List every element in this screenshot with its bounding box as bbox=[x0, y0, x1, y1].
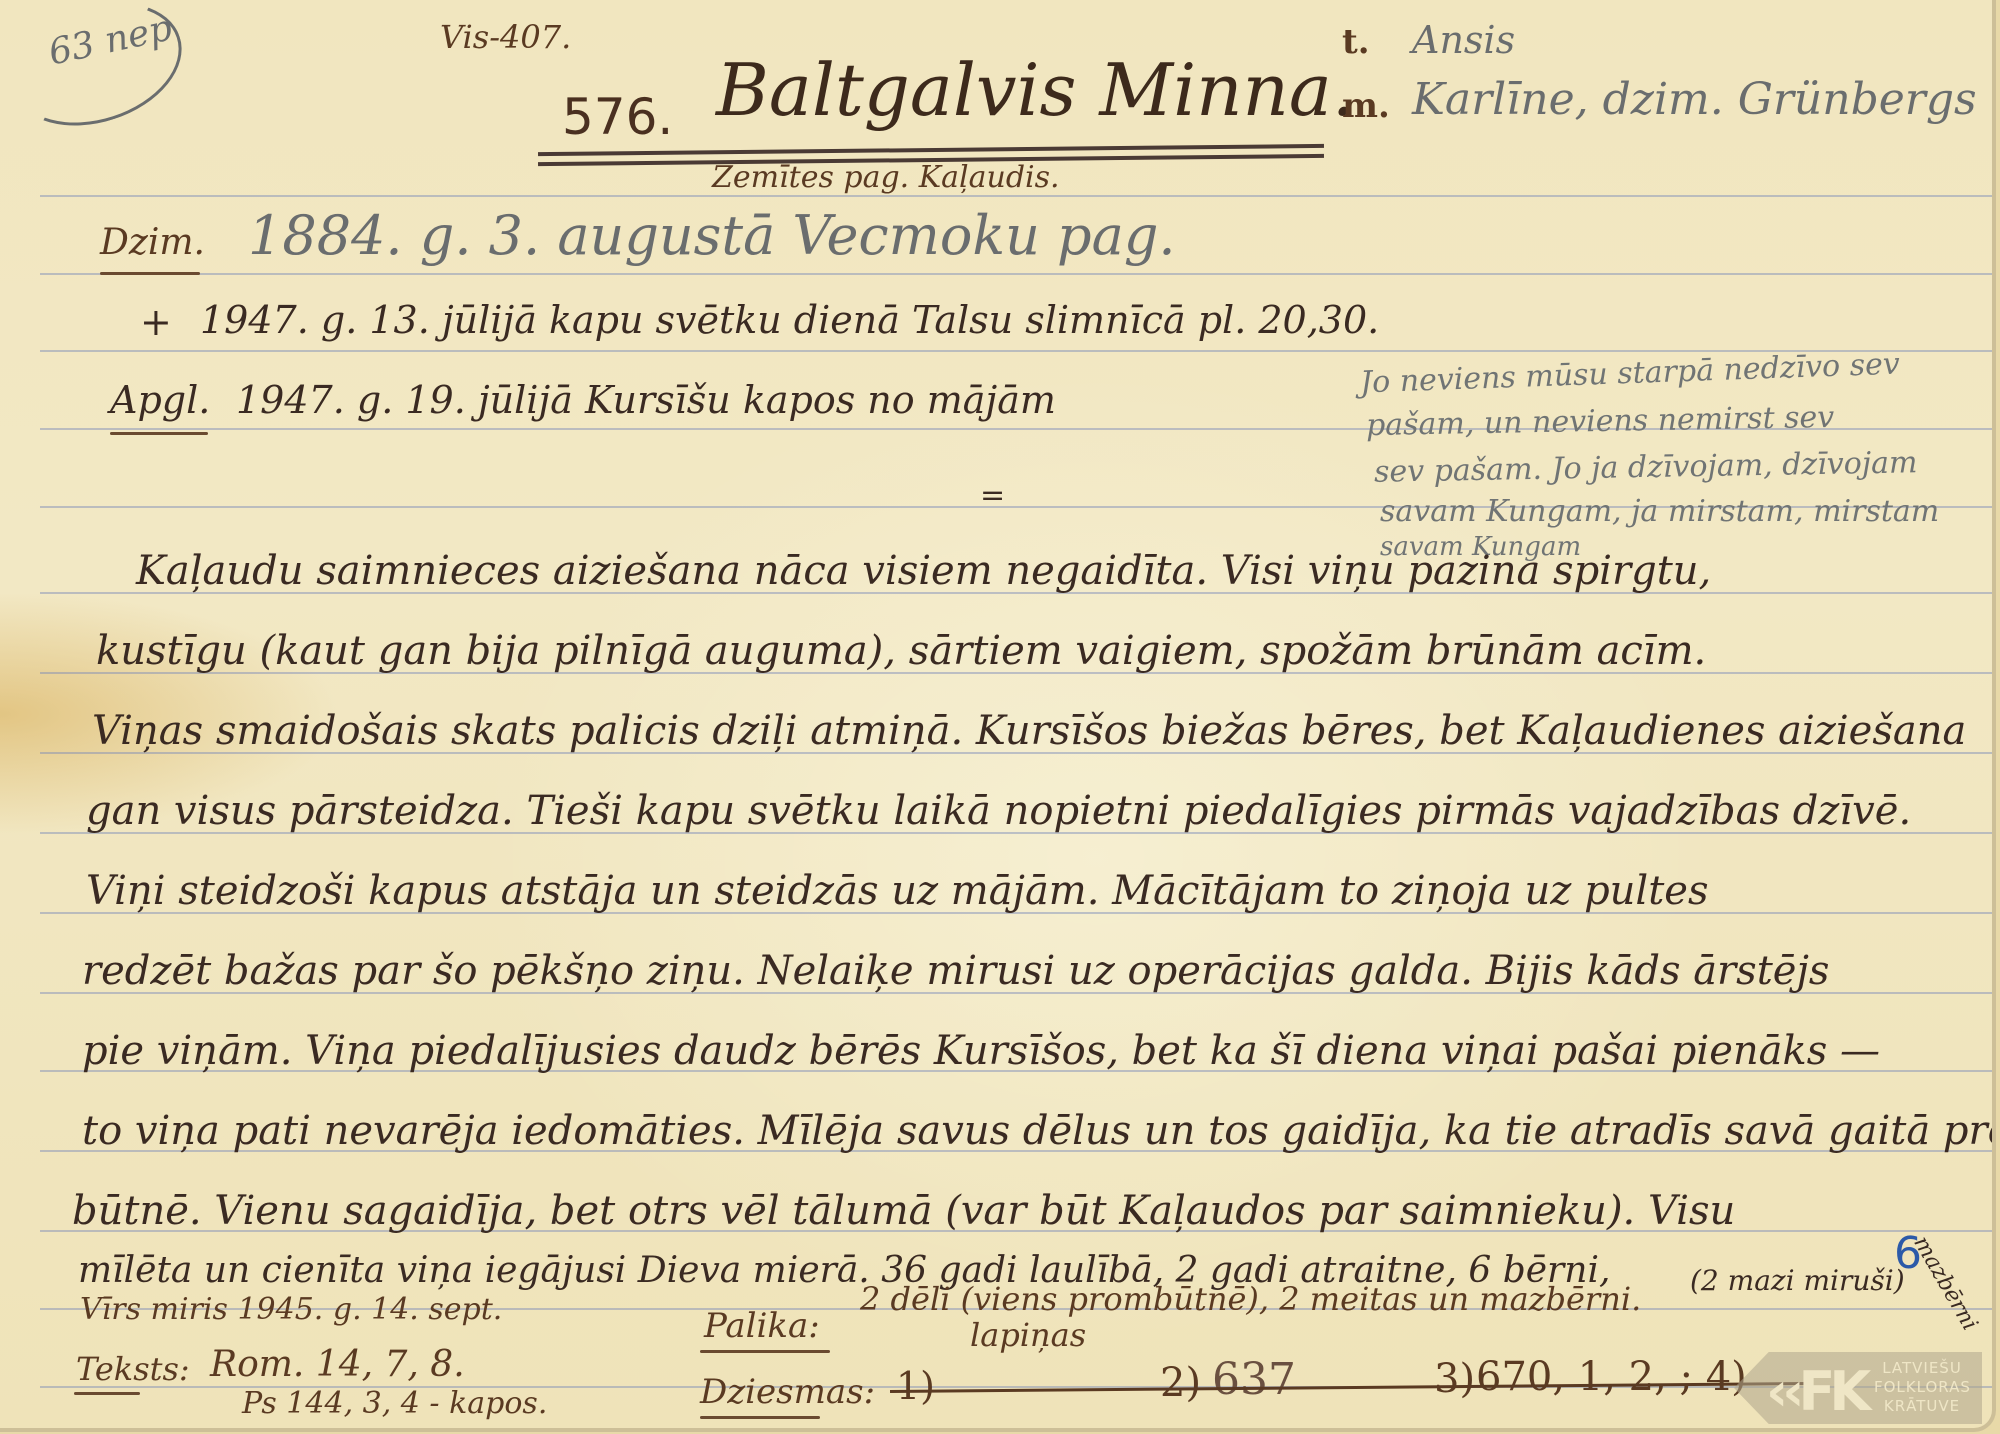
burial-label: Apgl. bbox=[110, 378, 210, 422]
survivors-text: 2 dēli (viens prombūtnē), 2 meitas un ma… bbox=[860, 1280, 1641, 1318]
texts-label: Teksts: bbox=[76, 1350, 190, 1388]
narrative-line: to viņa pati nevarēja iedomāties. Mīlēja… bbox=[82, 1108, 1996, 1154]
texts-line-1: Rom. 14, 7, 8. bbox=[210, 1344, 465, 1385]
side-note-line: Jo neviens mūsu starpā nedzīvo sev bbox=[1360, 347, 1901, 401]
mother-name: Karlīne, dzim. Grünbergs bbox=[1412, 74, 1977, 125]
logo-text: LATVIEŠU FOLKLORAS KRĀTUVE bbox=[1874, 1359, 1970, 1416]
death-details: 1947. g. 13. jūlijā kapu svētku dienā Ta… bbox=[200, 298, 1379, 342]
label-underline bbox=[700, 1350, 830, 1353]
children-dead-note: (2 mazi miruši) bbox=[1690, 1264, 1905, 1297]
label-underline bbox=[700, 1416, 820, 1419]
ruled-line bbox=[40, 195, 1992, 197]
catalog-ref: Vis-407. bbox=[440, 18, 571, 56]
burial-details: 1947. g. 19. jūlijā Kursīšu kapos no māj… bbox=[236, 378, 1056, 422]
side-note-line: savam Kungam, ja mirstam, mirstam bbox=[1380, 494, 1939, 529]
mother-label: m. bbox=[1342, 86, 1390, 126]
ruled-line bbox=[40, 350, 1992, 352]
birth-details: 1884. g. 3. augustā Vecmoku pag. bbox=[248, 204, 1176, 267]
separator: = bbox=[980, 478, 1005, 513]
record-number: 576. bbox=[562, 88, 673, 146]
person-name: Baltgalvis Minna. bbox=[716, 48, 1355, 132]
hymn-1: lapiņas bbox=[970, 1316, 1086, 1354]
archival-card: 63 nep Vis-407. 576. Baltgalvis Minna. Z… bbox=[0, 0, 1996, 1432]
logo-mark-icon: ‹‹FK bbox=[1766, 1360, 1865, 1423]
narrative-line: Viņi steidzoši kapus atstāja un steidzās… bbox=[86, 868, 1709, 914]
narrative-line: kustīgu (kaut gan bija pilnīgā auguma), … bbox=[96, 628, 1706, 674]
texts-line-2: Ps 144, 3, 4 - kapos. bbox=[242, 1386, 547, 1421]
father-label: t. bbox=[1342, 22, 1370, 62]
children-note-after: mazbērni bbox=[1908, 1232, 1982, 1335]
label-underline bbox=[100, 272, 200, 275]
narrative-line: Viņas smaidošais skats palicis dziļi atm… bbox=[92, 708, 1966, 754]
hymn-2-number: 2) bbox=[1160, 1360, 1201, 1406]
survivors-label: Palika: bbox=[704, 1306, 820, 1346]
birth-label: Dzim. bbox=[100, 222, 205, 263]
narrative-line: pie viņām. Viņa piedalījusies daudz bērē… bbox=[82, 1028, 1880, 1074]
logo-line: LATVIEŠU bbox=[1874, 1359, 1970, 1378]
label-underline bbox=[110, 432, 208, 435]
husband-death-note: Vīrs miris 1945. g. 14. sept. bbox=[80, 1292, 502, 1327]
hymn-3: 670, 1, 2, ; 4) bbox=[1476, 1354, 1747, 1400]
side-note-line: sev pašam. Jo ja dzīvojam, dzīvojam bbox=[1374, 445, 1918, 489]
side-note-line: pašam, un neviens nemirst sev bbox=[1366, 400, 1835, 443]
hymn-2: 637 bbox=[1212, 1354, 1296, 1405]
narrative-line: redzēt bažas par šo pēkšņo ziņu. Nelaiķe… bbox=[82, 948, 1829, 994]
ruled-line bbox=[40, 273, 1992, 275]
archive-logo: ‹‹FK LATVIEŠU FOLKLORAS KRĀTUVE bbox=[1734, 1352, 1982, 1424]
hymns-label: Dziesmas: bbox=[700, 1372, 875, 1412]
hymn-1-number: 1) bbox=[896, 1364, 935, 1408]
narrative-line: Kaļaudu saimnieces aiziešana nāca visiem… bbox=[136, 548, 1711, 594]
narrative-line: būtnē. Vienu sagaidīja, bet otrs vēl tāl… bbox=[72, 1188, 1735, 1234]
residence: Zemītes pag. Kaļaudis. bbox=[712, 160, 1060, 195]
label-underline bbox=[74, 1392, 140, 1395]
logo-line: FOLKLORAS bbox=[1874, 1378, 1970, 1397]
father-name: Ansis bbox=[1412, 18, 1515, 62]
logo-line: KRĀTUVE bbox=[1874, 1397, 1970, 1416]
narrative-line: gan visus pārsteidza. Tieši kapu svētku … bbox=[86, 788, 1911, 834]
hymn-3-number: 3) bbox=[1434, 1356, 1475, 1402]
death-mark: + bbox=[140, 300, 172, 344]
